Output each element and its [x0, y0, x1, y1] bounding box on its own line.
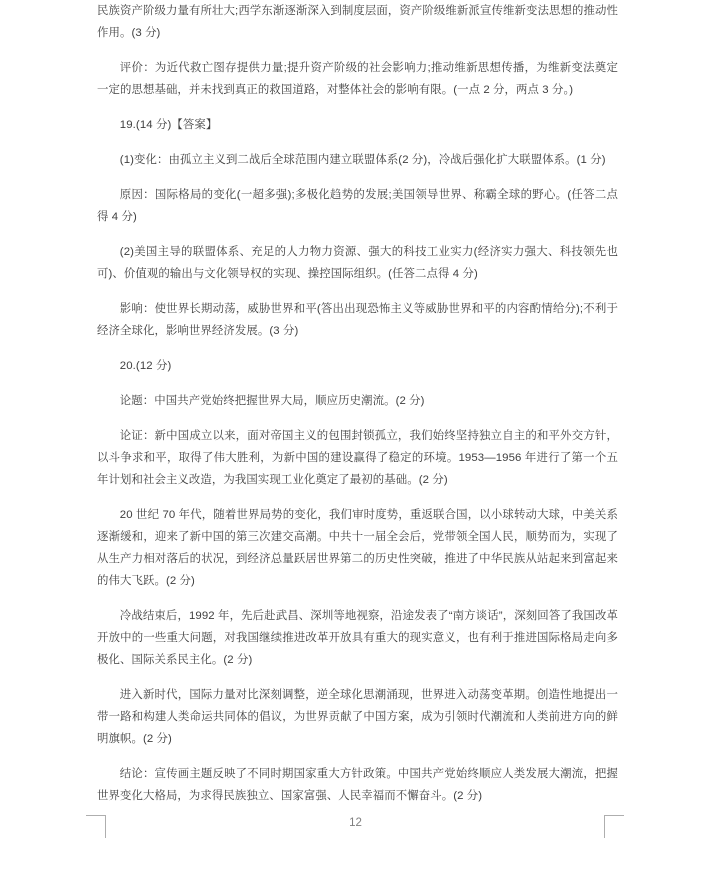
question-19-header: 19.(14 分)【答案】	[97, 114, 618, 136]
q19-change-paragraph: (1)变化：由孤立主义到二战后全球范围内建立联盟体系(2 分)，冷战后强化扩大联…	[97, 149, 618, 171]
q20-argument-4-paragraph: 进入新时代，国际力量对比深刻调整，逆全球化思潮涌现，世界进入动荡变革期。创造性地…	[97, 684, 618, 750]
q19-impact-paragraph: 影响：使世界长期动荡，威胁世界和平(答出出现恐怖主义等威胁世界和平的内容酌情给分…	[97, 298, 618, 342]
q20-conclusion-paragraph: 结论：宣传画主题反映了不同时期国家重大方针政策。中国共产党始终顺应人类发展大潮流…	[97, 763, 618, 807]
q20-argument-2-paragraph: 20 世纪 70 年代，随着世界局势的变化，我们审时度势，重返联合国，以小球转动…	[97, 504, 618, 592]
page-number: 12	[0, 817, 711, 829]
q20-argument-1-paragraph: 论证：新中国成立以来，面对帝国主义的包围封锁孤立，我们始终坚持独立自主的和平外交…	[97, 425, 618, 491]
q20-argument-3-paragraph: 冷战结束后，1992 年，先后赴武昌、深圳等地视察，沿途发表了“南方谈话”，深刻…	[97, 605, 618, 671]
document-page: 民族资产阶级力量有所壮大;西学东渐逐渐深入到制度层面，资产阶级维新派宣传维新变法…	[0, 0, 711, 873]
question-20-header: 20.(12 分)	[97, 355, 618, 377]
q19-part2-paragraph: (2)美国主导的联盟体系、充足的人力物力资源、强大的科技工业实力(经济实力强大、…	[97, 241, 618, 285]
evaluation-paragraph: 评价：为近代救亡图存提供力量;提升资产阶级的社会影响力;推动维新思想传播，为维新…	[97, 57, 618, 101]
continuation-paragraph: 民族资产阶级力量有所壮大;西学东渐逐渐深入到制度层面，资产阶级维新派宣传维新变法…	[97, 0, 618, 44]
q20-thesis-paragraph: 论题：中国共产党始终把握世界大局，顺应历史潮流。(2 分)	[97, 390, 618, 412]
q19-reason-paragraph: 原因：国际格局的变化(一超多强);多极化趋势的发展;美国领导世界、称霸全球的野心…	[97, 184, 618, 228]
document-text-block: 民族资产阶级力量有所壮大;西学东渐逐渐深入到制度层面，资产阶级维新派宣传维新变法…	[97, 0, 618, 820]
